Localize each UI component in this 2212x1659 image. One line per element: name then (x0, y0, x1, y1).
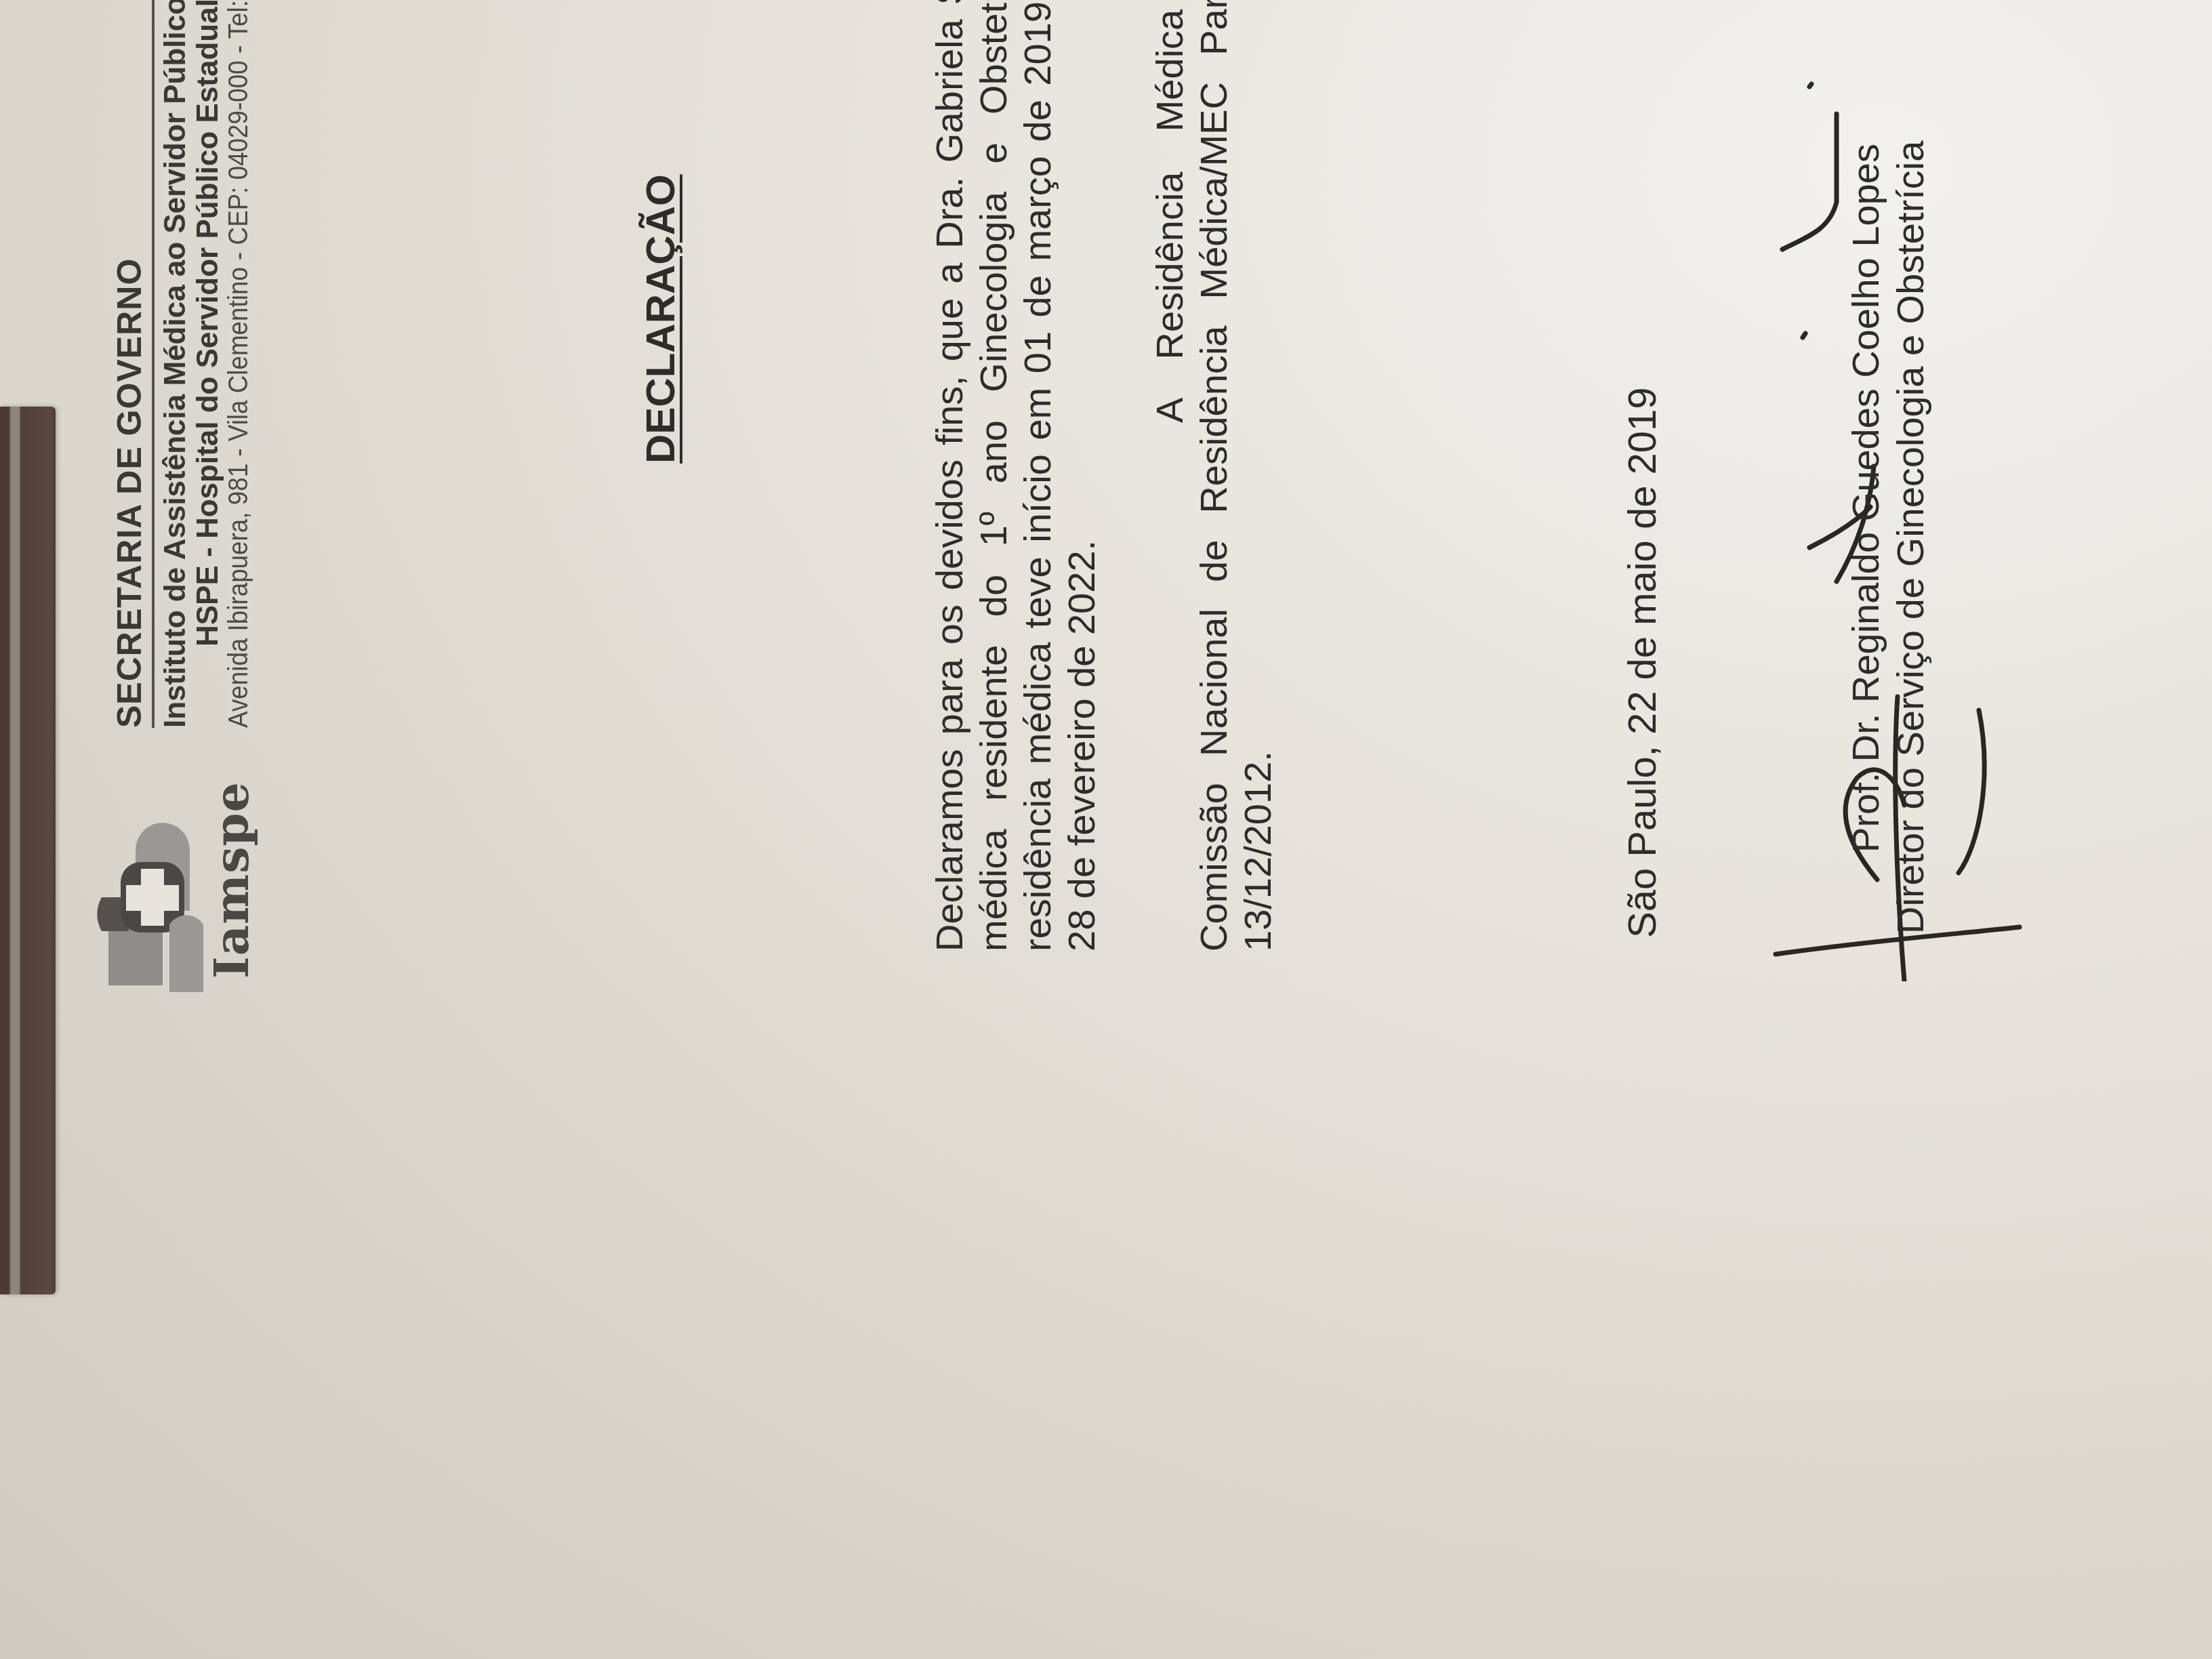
place-and-date: São Paulo, 22 de maio de 2019 (1620, 387, 1665, 938)
hospital-address: Avenida Ibirapuera, 981 - Vila Clementin… (224, 0, 254, 728)
logo-text: Iamspe (203, 781, 260, 979)
header-divider (152, 0, 155, 728)
signer-name: Prof. Dr. Reginaldo Guedes Coelho Lopes (1843, 144, 1887, 853)
hospital-name: HSPE - Hospital do Servidor Público Esta… (191, 0, 225, 647)
government-title: SECRETARIA DE GOVERNO (110, 258, 149, 728)
signer-role: Diretor do Serviço de Ginecologia e Obst… (1888, 141, 1932, 934)
medical-cross-logo-icon (95, 789, 210, 1012)
document-page: Iamspe SECRETARIA DE GOVERNO Instituto d… (0, 0, 2212, 1659)
body-paragraph: Declaramos para os devidos fins, que a D… (927, 0, 1103, 951)
institute-name: Instituto de Assistência Médica ao Servi… (159, 0, 192, 728)
body-paragraph: A Residência Médica é reconhecida pela C… (1147, 0, 1279, 951)
document-title: DECLARAÇÃO (637, 174, 684, 464)
document-body: Declaramos para os devidos fins, que a D… (927, 0, 1279, 951)
